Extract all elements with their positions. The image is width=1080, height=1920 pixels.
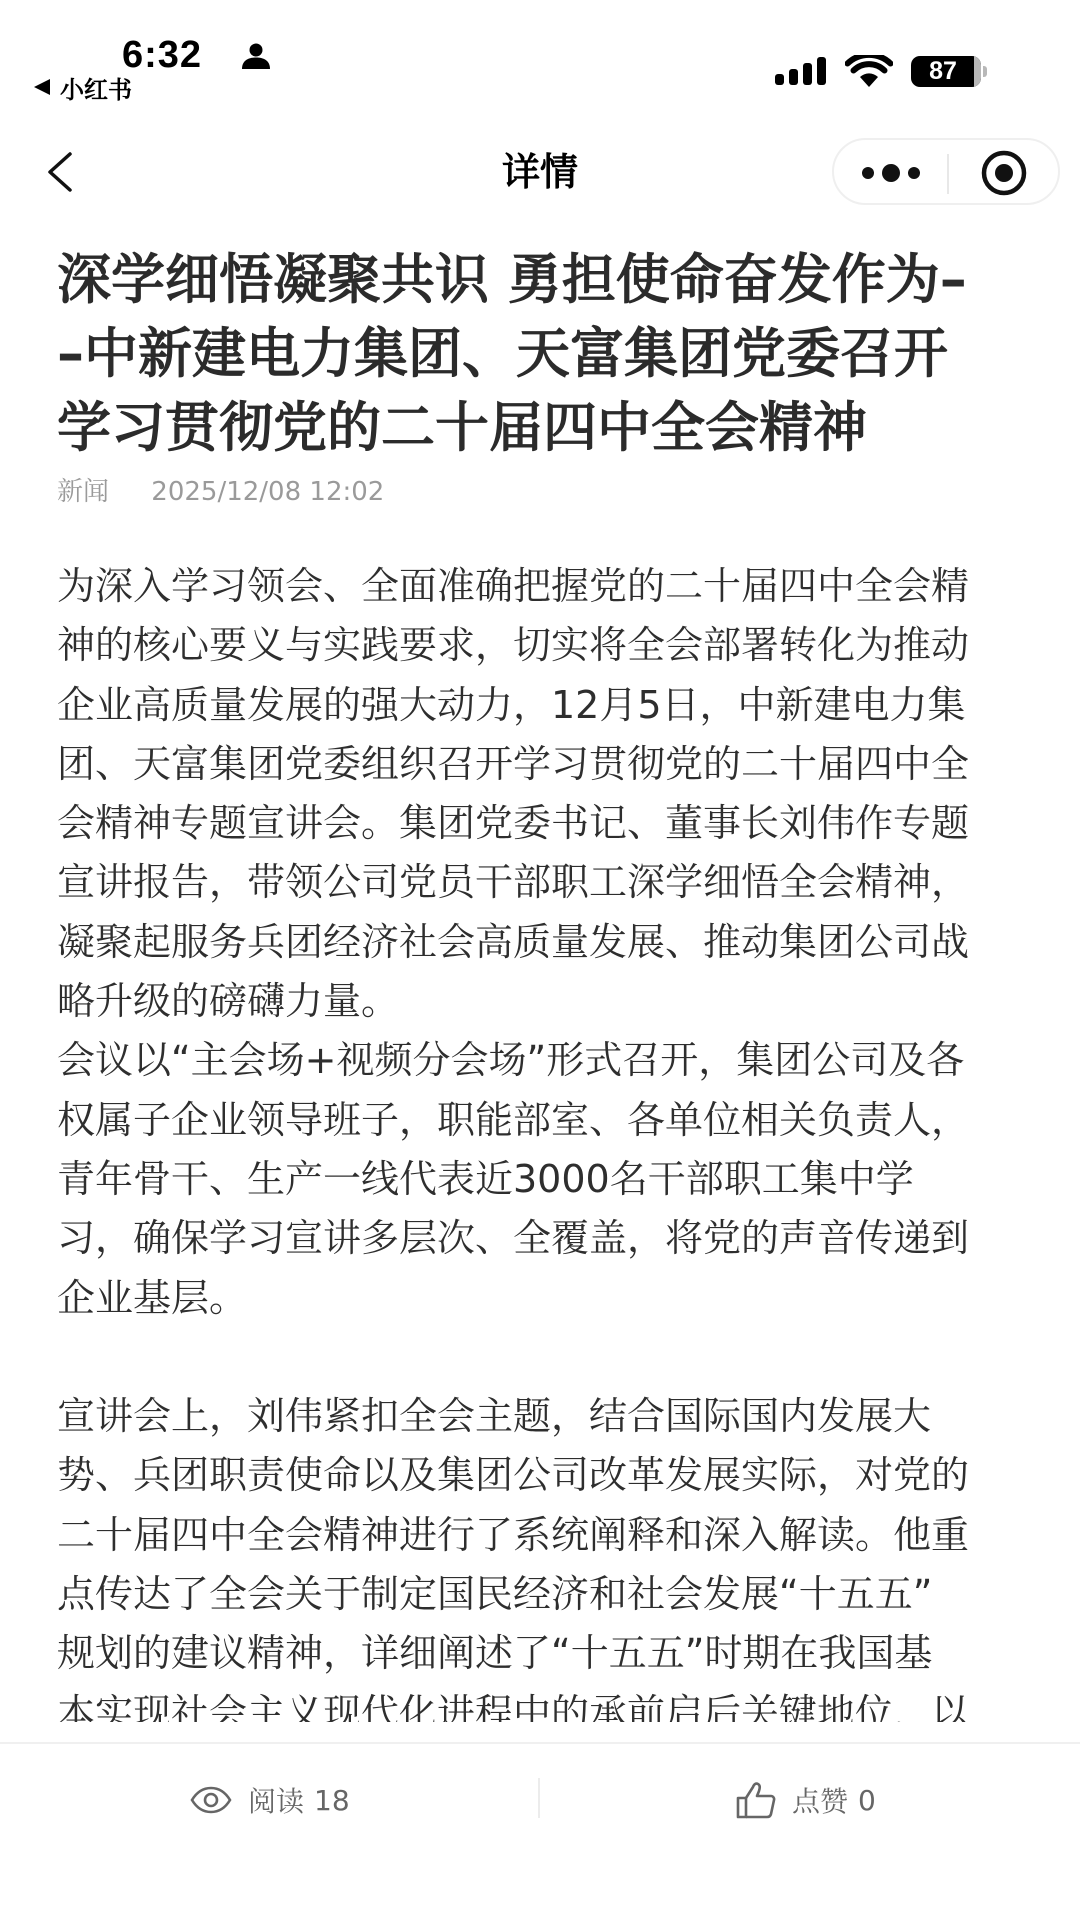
body-line: 企业基层。: [57, 1269, 1027, 1328]
target-circle-icon[interactable]: [980, 149, 1028, 197]
body-line: 为深入学习领会、全面准确把握党的二十届四中全会精: [57, 557, 1027, 616]
like-count: 0: [858, 1784, 876, 1817]
body-line: 二十届四中全会精神进行了系统阐释和深入解读。他重: [57, 1506, 1027, 1565]
read-label: 阅读: [248, 1780, 304, 1820]
eye-icon: [190, 1786, 232, 1814]
paragraph: 宣讲会上，刘伟紧扣全会主题，结合国际国内发展大 势、兵团职责使命以及集团公司改革…: [57, 1387, 1027, 1722]
body-line: 略升级的磅礴力量。: [57, 972, 1027, 1031]
title-line: –中新建电力集团、天富集团党委召开: [57, 317, 1037, 391]
body-line: 规划的建议精神，详细阐述了“十五五”时期在我国基: [57, 1624, 1027, 1683]
body-line: 团、天富集团党委组织召开学习贯彻党的二十届四中全: [57, 735, 1027, 794]
body-line: 习，确保学习宣讲多层次、全覆盖，将党的声音传递到: [57, 1209, 1027, 1268]
article-content[interactable]: 深学细悟凝聚共识 勇担使命奋发作为– –中新建电力集团、天富集团党委召开 学习贯…: [0, 240, 1080, 1722]
paragraph: 为深入学习领会、全面准确把握党的二十届四中全会精 神的核心要义与实践要求，切实将…: [57, 557, 1027, 1031]
bottom-stats-bar: 阅读 18 点赞 0: [0, 1742, 1080, 1920]
body-line: 企业高质量发展的强大动力，12月5日，中新建电力集: [57, 676, 1027, 735]
like-label: 点赞: [792, 1780, 848, 1820]
title-line: 深学细悟凝聚共识 勇担使命奋发作为–: [57, 243, 1037, 317]
body-line: 宣讲报告，带领公司党员干部职工深学细悟全会精神，: [57, 853, 1027, 912]
thumbs-up-icon: [736, 1781, 776, 1819]
body-line: 宣讲会上，刘伟紧扣全会主题，结合国际国内发展大: [57, 1387, 1027, 1446]
body-line: 青年骨干、生产一线代表近3000名干部职工集中学: [57, 1150, 1027, 1209]
more-dots-icon[interactable]: [856, 154, 926, 190]
back-triangle-icon: [34, 79, 50, 95]
body-line: 权属子企业领导班子，职能部室、各单位相关负责人，: [57, 1091, 1027, 1150]
title-line: 学习贯彻党的二十届四中全会精神: [57, 391, 1037, 465]
read-count-stat: 阅读 18: [190, 1780, 350, 1820]
article-datetime: 2025/12/08 12:02: [151, 477, 384, 507]
signal-icon: [775, 57, 827, 85]
paragraph: 会议以“主会场+视频分会场”形式召开，集团公司及各 权属子企业领导班子，职能部室…: [57, 1031, 1027, 1327]
like-button[interactable]: 点赞 0: [736, 1780, 876, 1820]
article-meta: 新闻 2025/12/08 12:02: [57, 476, 384, 508]
back-app-label: 小红书: [60, 70, 132, 105]
paragraph-spacer: [57, 1328, 1027, 1387]
capsule-divider: [947, 154, 949, 194]
read-count: 18: [314, 1784, 350, 1817]
battery-icon: 87: [911, 56, 981, 87]
body-line: 神的核心要义与实践要求，切实将全会部署转化为推动: [57, 616, 1027, 675]
wifi-icon: [845, 55, 893, 87]
article-body: 为深入学习领会、全面准确把握党的二十届四中全会精 神的核心要义与实践要求，切实将…: [57, 557, 1027, 1722]
battery-percent: 87: [911, 56, 975, 87]
battery-cap: [983, 66, 987, 77]
article-title: 深学细悟凝聚共识 勇担使命奋发作为– –中新建电力集团、天富集团党委召开 学习贯…: [57, 243, 1037, 465]
body-line: 凝聚起服务兵团经济社会高质量发展、推动集团公司战: [57, 913, 1027, 972]
mini-program-capsule: [832, 138, 1060, 205]
body-line: 点传达了全会关于制定国民经济和社会发展“十五五”: [57, 1565, 1027, 1624]
bottom-divider: [538, 1778, 540, 1818]
body-line: 会精神专题宣讲会。集团党委书记、董事长刘伟作专题: [57, 794, 1027, 853]
body-line: 会议以“主会场+视频分会场”形式召开，集团公司及各: [57, 1031, 1027, 1090]
article-category: 新闻: [57, 477, 109, 507]
person-icon: [240, 43, 272, 69]
back-to-app-button[interactable]: 小红书: [34, 72, 132, 102]
body-line: 势、兵团职责使命以及集团公司改革发展实际，对党的: [57, 1446, 1027, 1505]
body-line: 本实现社会主义现代化进程中的承前启后关键地位，以: [57, 1684, 1027, 1722]
status-time: 6:32: [122, 36, 202, 74]
